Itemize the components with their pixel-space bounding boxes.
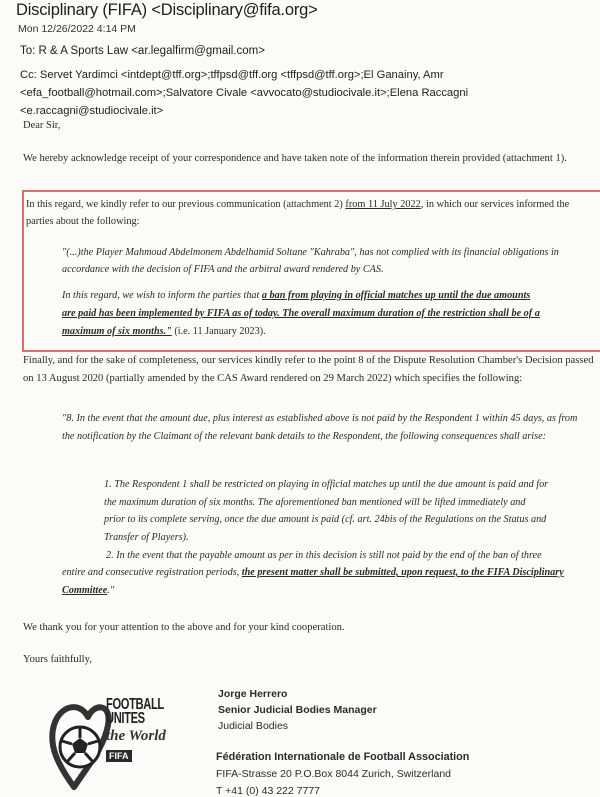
paragraph-previous-communication: In this regard, we kindly refer to our p… bbox=[26, 196, 586, 230]
quote-item-1: 1. The Respondent 1 shall be restricted … bbox=[104, 476, 600, 546]
quote-ban-implemented: In this regard, we wish to inform the pa… bbox=[62, 287, 600, 341]
email-cc[interactable]: Cc: Servet Yardimci <intdept@tff.org>;tf… bbox=[20, 66, 490, 120]
ban-underlined: are paid has been implemented by FIFA as… bbox=[62, 308, 540, 319]
date-underlined: from 11 July 2022 bbox=[345, 199, 420, 210]
quote-item-2-first: 2. In the event that the payable amount … bbox=[106, 547, 600, 565]
logo-line-world: the World bbox=[106, 728, 186, 745]
closing-thanks: We thank you for your attention to the a… bbox=[23, 622, 345, 633]
text: entire and consecutive registration peri… bbox=[62, 567, 242, 578]
quote-item-2-rest: entire and consecutive registration peri… bbox=[62, 564, 600, 600]
line: the maximum duration of six months. The … bbox=[104, 494, 600, 512]
ban-underlined: maximum of six months." bbox=[62, 326, 172, 337]
email-sender: Disciplinary (FIFA) <Disciplinary@fifa.o… bbox=[16, 1, 318, 20]
signature-address: FIFA-Strasse 20 P.O.Box 8044 Zurich, Swi… bbox=[216, 768, 451, 780]
text: In this regard, we kindly refer to our p… bbox=[26, 199, 345, 210]
paragraph-acknowledge: We hereby acknowledge receipt of your co… bbox=[23, 150, 600, 167]
paragraph-drc-decision: Finally, and for the sake of completenes… bbox=[23, 352, 598, 387]
text: ." bbox=[107, 585, 114, 596]
email-date: Mon 12/26/2022 4:14 PM bbox=[18, 23, 136, 35]
closing-signoff: Yours faithfully, bbox=[23, 654, 92, 665]
signature-organization: Fédération Internationale de Football As… bbox=[216, 751, 469, 763]
signature-department: Judicial Bodies bbox=[218, 720, 288, 732]
signature-title: Senior Judicial Bodies Manager bbox=[218, 704, 377, 716]
quote-point-8: "8. In the event that the amount due, pl… bbox=[62, 410, 592, 445]
logo-line-unites: UNITES bbox=[106, 712, 164, 726]
text: In this regard, we wish to inform the pa… bbox=[62, 290, 262, 301]
line: prior to its complete serving, once the … bbox=[104, 511, 600, 529]
email-to[interactable]: To: R & A Sports Law <ar.legalfirm@gmail… bbox=[20, 45, 265, 57]
text: (i.e. 11 January 2023). bbox=[172, 326, 266, 337]
line: Transfer of Players). bbox=[104, 529, 600, 547]
line: 1. The Respondent 1 shall be restricted … bbox=[104, 476, 600, 494]
signature-name: Jorge Herrero bbox=[218, 688, 287, 700]
ban-underlined: a ban from playing in official matches u… bbox=[262, 290, 530, 301]
greeting: Dear Sir, bbox=[23, 120, 60, 131]
logo-text: FOOTBALL UNITES the World FIFA bbox=[106, 698, 186, 764]
signature-phone[interactable]: T +41 (0) 43 222 7777 bbox=[216, 785, 320, 797]
quote-player-noncompliance: "(...)the Player Mahmoud Abdelmonem Abde… bbox=[62, 244, 592, 278]
fifa-badge: FIFA bbox=[106, 750, 132, 762]
